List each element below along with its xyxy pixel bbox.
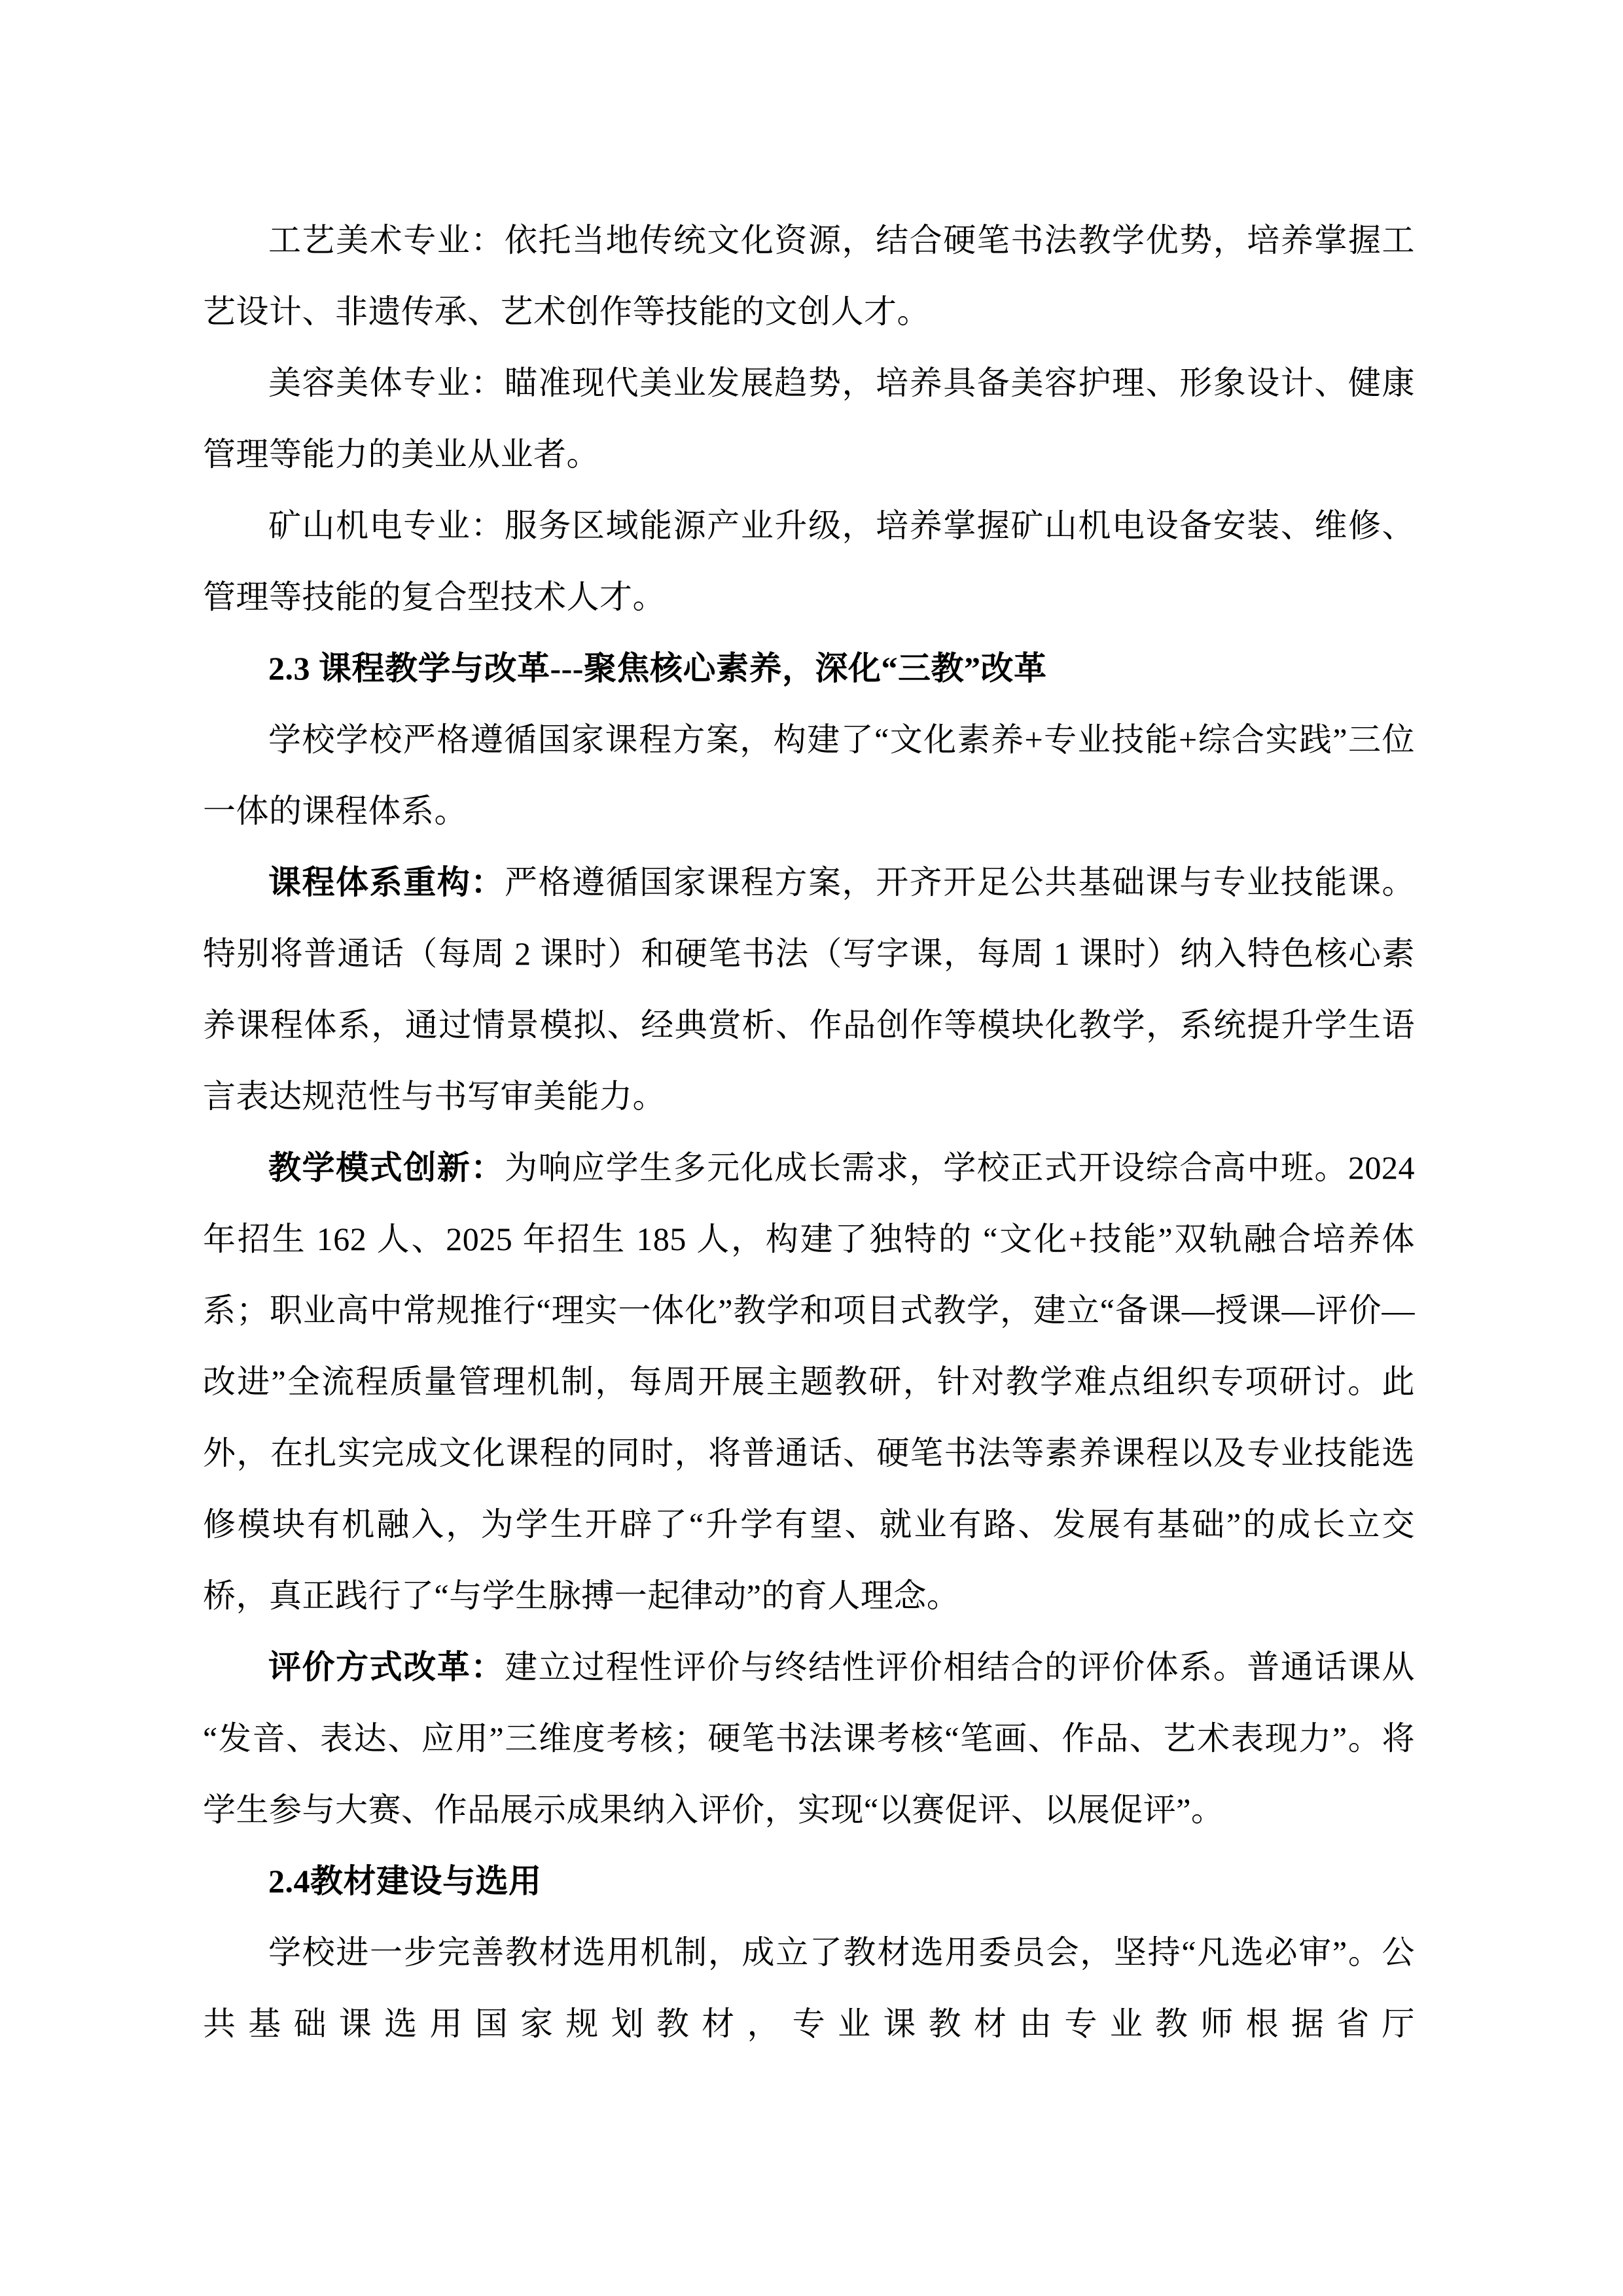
body-paragraph: 矿山机电专业：服务区域能源产业升级，培养掌握矿山机电设备安装、维修、管理等技能的…: [203, 490, 1415, 633]
bold-run: 评价方式改革：: [268, 1649, 505, 1685]
text-run: 美容美体专业：瞄准现代美业发展趋势，培养具备美容护理、形象设计、健康管理等能力的…: [203, 365, 1415, 473]
section-heading: 2.3 课程教学与改革---聚焦核心素养，深化“三教”改革: [203, 633, 1415, 704]
body-paragraph: 学校学校严格遵循国家课程方案，构建了“文化素养+专业技能+综合实践”三位一体的课…: [203, 704, 1415, 847]
body-paragraph: 评价方式改革：建立过程性评价与终结性评价相结合的评价体系。普通话课从“发音、表达…: [203, 1632, 1415, 1846]
bold-run: 2.3 课程教学与改革---聚焦核心素养，深化“三教”改革: [268, 650, 1046, 687]
bold-run: 课程体系重构：: [268, 864, 505, 901]
text-run: 为响应学生多元化成长需求，学校正式开设综合高中班。2024 年招生 162 人、…: [203, 1149, 1415, 1614]
body-paragraph: 工艺美术专业：依托当地传统文化资源，结合硬笔书法教学优势，培养掌握工艺设计、非遗…: [203, 205, 1415, 348]
body-paragraph: 美容美体专业：瞄准现代美业发展趋势，培养具备美容护理、形象设计、健康管理等能力的…: [203, 348, 1415, 490]
document-page: 工艺美术专业：依托当地传统文化资源，结合硬笔书法教学优势，培养掌握工艺设计、非遗…: [0, 0, 1623, 2296]
text-run: 矿山机电专业：服务区域能源产业升级，培养掌握矿山机电设备安装、维修、管理等技能的…: [203, 507, 1415, 615]
text-run: 学校进一步完善教材选用机制，成立了教材选用委员会，坚持“凡选必审”。公共基础课选…: [203, 1934, 1415, 2042]
bold-run: 2.4教材建设与选用: [268, 1863, 542, 1899]
body-paragraph: 教学模式创新：为响应学生多元化成长需求，学校正式开设综合高中班。2024 年招生…: [203, 1132, 1415, 1632]
bold-run: 教学模式创新：: [268, 1149, 505, 1186]
text-run: 严格遵循国家课程方案，开齐开足公共基础课与专业技能课。特别将普通话（每周 2 课…: [203, 864, 1415, 1115]
text-run: 工艺美术专业：依托当地传统文化资源，结合硬笔书法教学优势，培养掌握工艺设计、非遗…: [203, 222, 1415, 330]
section-heading: 2.4教材建设与选用: [203, 1846, 1415, 1917]
document-body: 工艺美术专业：依托当地传统文化资源，结合硬笔书法教学优势，培养掌握工艺设计、非遗…: [203, 205, 1415, 2060]
body-paragraph: 课程体系重构：严格遵循国家课程方案，开齐开足公共基础课与专业技能课。特别将普通话…: [203, 847, 1415, 1132]
body-paragraph: 学校进一步完善教材选用机制，成立了教材选用委员会，坚持“凡选必审”。公共基础课选…: [203, 1917, 1415, 2060]
text-run: 学校学校严格遵循国家课程方案，构建了“文化素养+专业技能+综合实践”三位一体的课…: [203, 721, 1415, 829]
